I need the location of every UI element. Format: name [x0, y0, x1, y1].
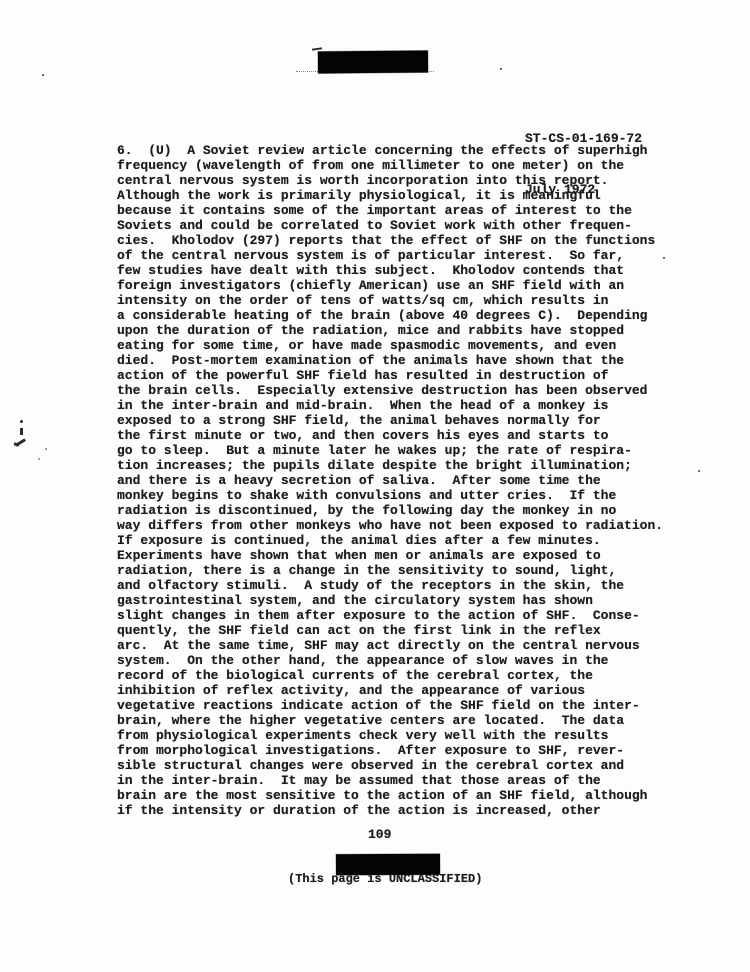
scan-artifact-dot	[20, 420, 23, 423]
scan-artifact-tick	[312, 47, 322, 50]
redaction-stamp-top	[318, 51, 428, 74]
scan-artifact-arrow	[14, 442, 20, 446]
page-number: 109	[368, 827, 391, 842]
redaction-stamp-bottom	[336, 854, 440, 876]
scan-artifact-dash	[20, 428, 23, 435]
scan-speck	[500, 68, 502, 70]
scan-speck	[42, 74, 44, 76]
scan-speck	[38, 458, 40, 460]
document-page: ST-CS-01-169-72 July 1972 6. (U) A Sovie…	[0, 0, 750, 972]
body-text: 6. (U) A Soviet review article concernin…	[117, 143, 697, 818]
scan-speck	[663, 257, 665, 259]
scan-speck	[698, 470, 700, 472]
scan-speck	[45, 448, 47, 450]
